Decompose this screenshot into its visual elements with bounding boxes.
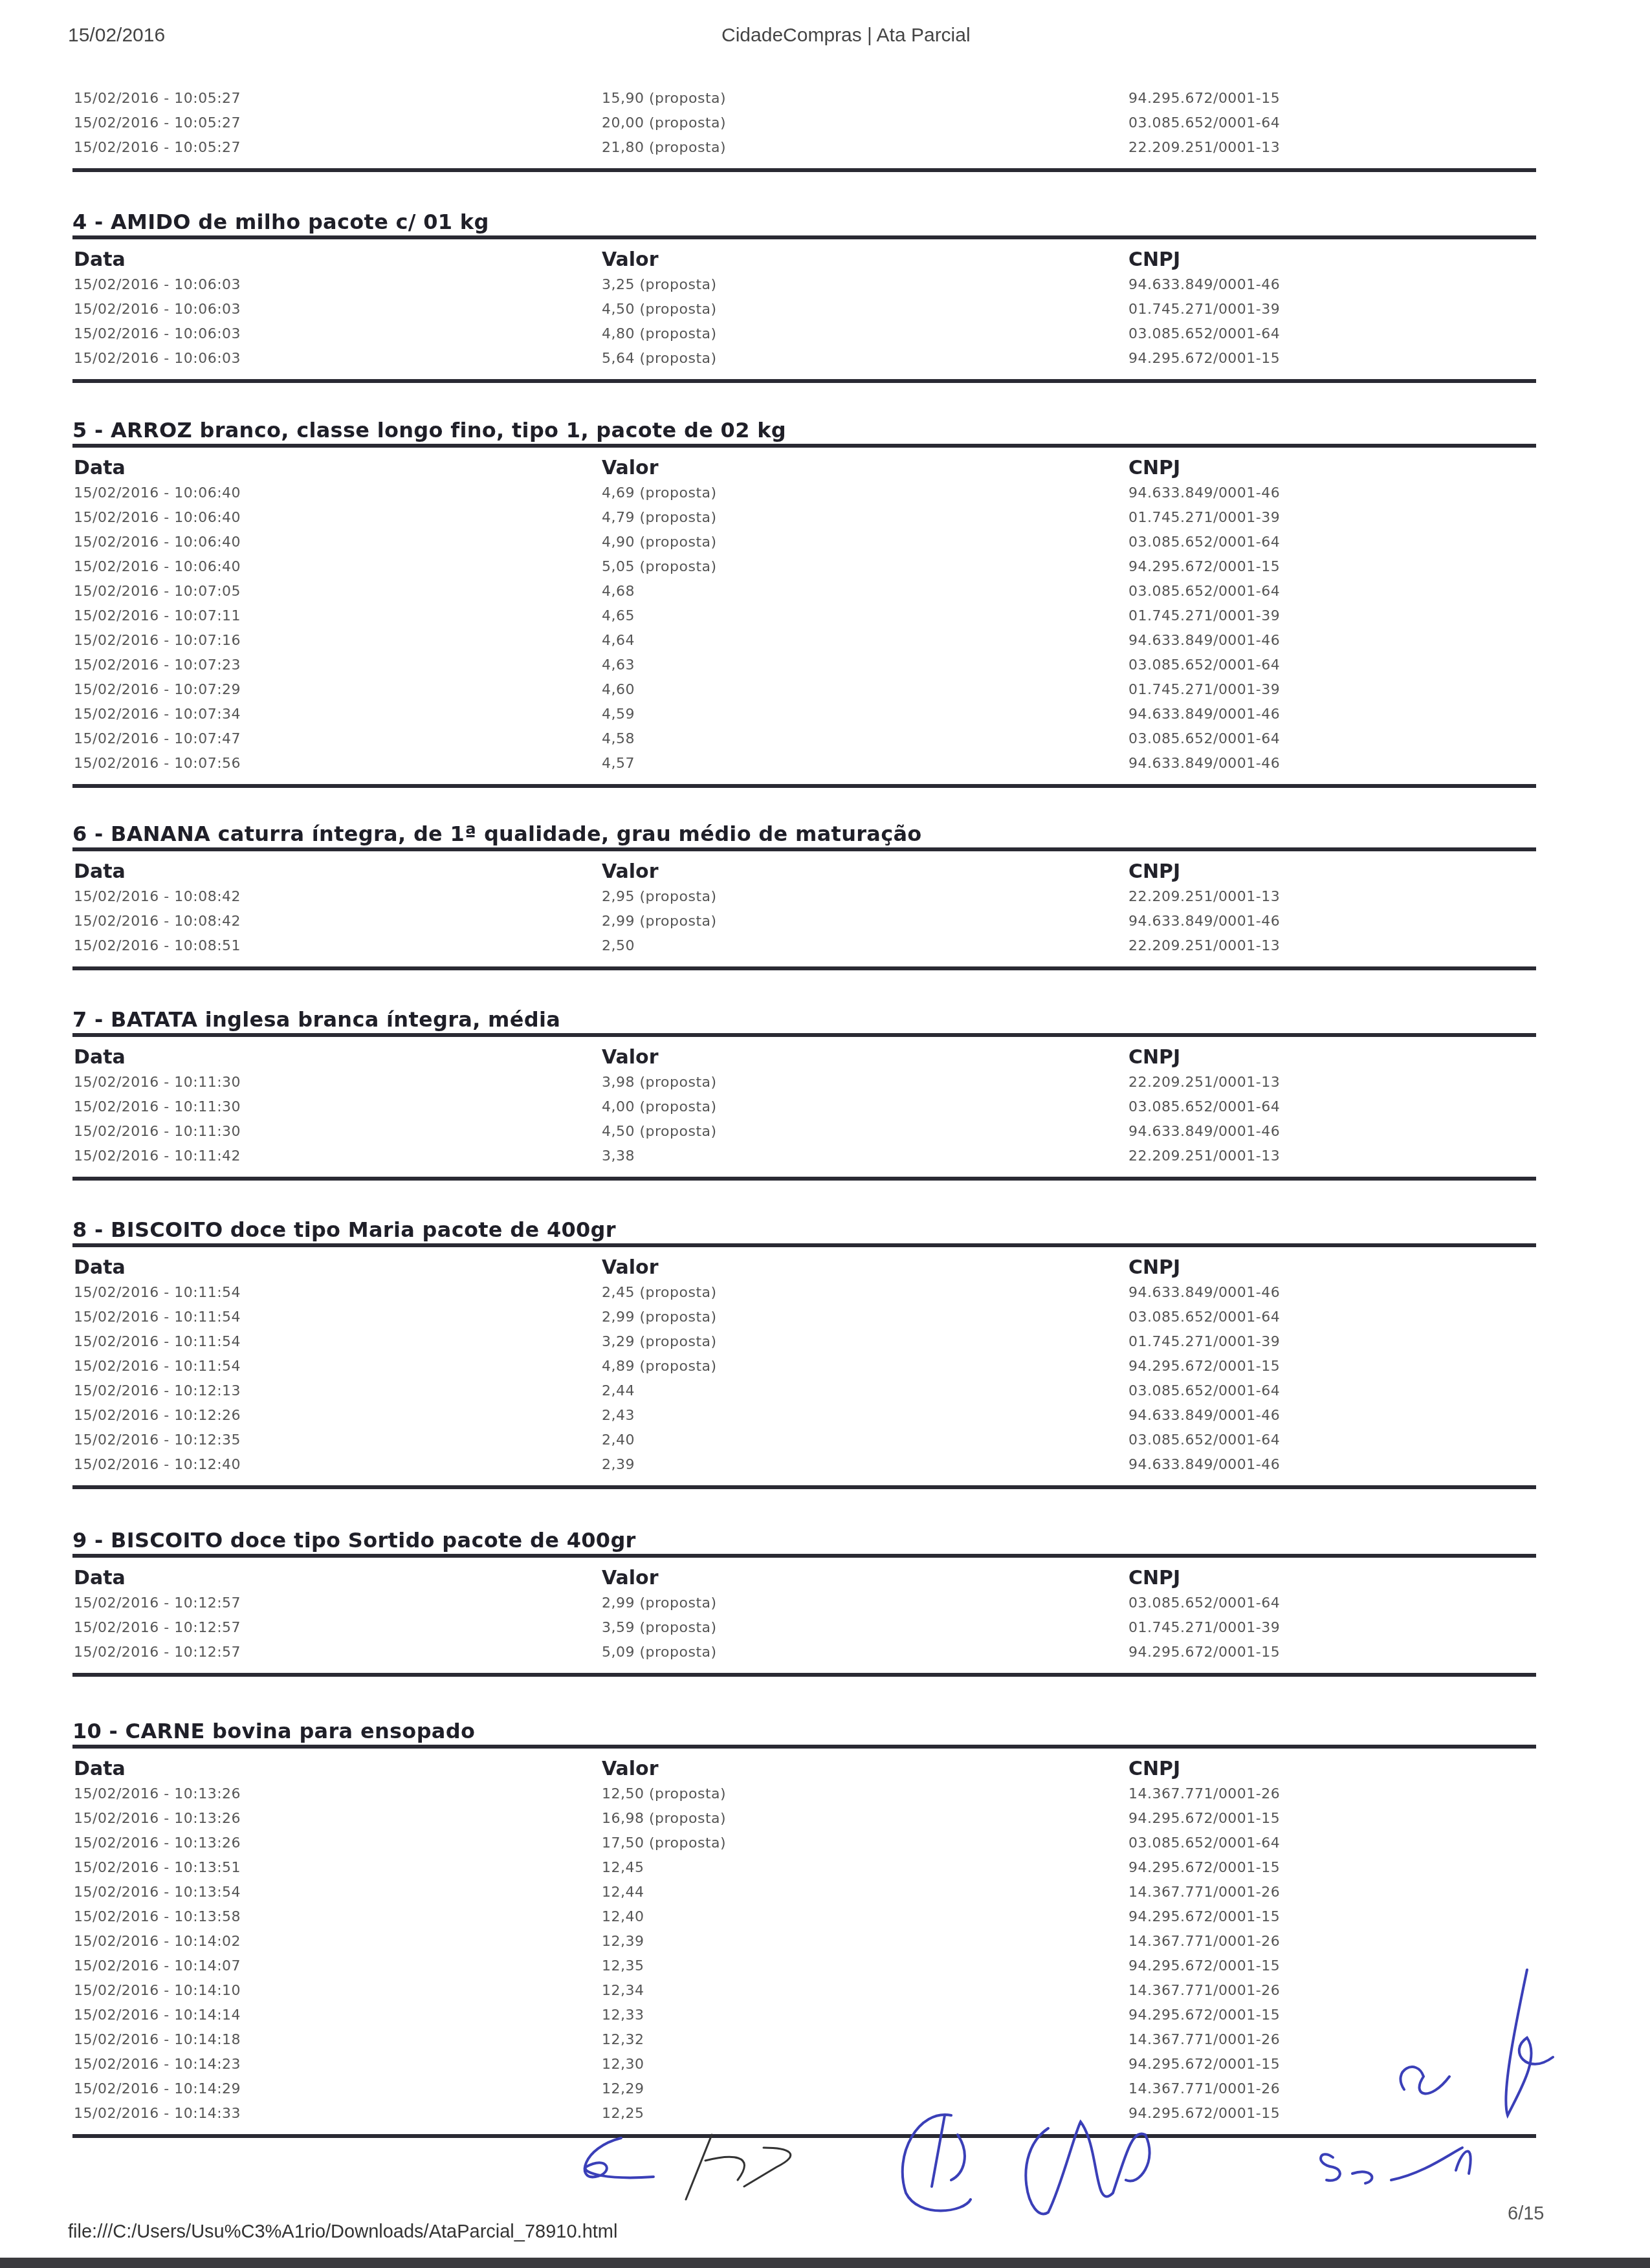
bid-value: 12,40 <box>602 1909 644 1925</box>
table-row: 15/02/2016 - 10:13:5812,4094.295.672/000… <box>72 1909 1536 1934</box>
column-header-value: Valor <box>602 1046 659 1069</box>
item-title: 7 - BATATA inglesa branca íntegra, média <box>72 1006 1536 1033</box>
bid-value: 3,25 (proposta) <box>602 277 717 293</box>
column-headers: DataValorCNPJ <box>72 1558 1536 1595</box>
column-header-value: Valor <box>602 1758 659 1780</box>
bid-date: 15/02/2016 - 10:11:54 <box>74 1285 241 1301</box>
table-row: 15/02/2016 - 10:08:422,99 (proposta)94.6… <box>72 913 1536 938</box>
bid-date: 15/02/2016 - 10:07:34 <box>74 706 241 723</box>
bid-value: 4,63 <box>602 657 635 673</box>
bid-value: 5,05 (proposta) <box>602 559 717 575</box>
column-header-value: Valor <box>602 248 659 271</box>
column-header-cnpj: CNPJ <box>1128 1567 1180 1589</box>
section-divider <box>72 168 1536 172</box>
item-section: 5 - ARROZ branco, classe longo fino, tip… <box>72 417 1536 788</box>
bid-value: 12,25 <box>602 2106 644 2122</box>
column-header-cnpj: CNPJ <box>1128 1758 1180 1780</box>
page-number: 6/15 <box>1508 2203 1544 2225</box>
table-row: 15/02/2016 - 10:12:402,3994.633.849/0001… <box>72 1457 1536 1481</box>
bid-value: 12,34 <box>602 1983 644 1999</box>
table-row: 15/02/2016 - 10:05:2721,80 (proposta)22.… <box>72 140 1536 164</box>
bid-value: 12,30 <box>602 2056 644 2073</box>
section-divider <box>72 379 1536 383</box>
bid-value: 2,99 (proposta) <box>602 913 717 930</box>
table-row: 15/02/2016 - 10:14:1812,3214.367.771/000… <box>72 2032 1536 2056</box>
bid-value: 16,98 (proposta) <box>602 1811 726 1827</box>
column-header-value: Valor <box>602 1256 659 1279</box>
signature-1 <box>585 2138 654 2177</box>
bid-value: 15,90 (proposta) <box>602 91 726 107</box>
table-row: 15/02/2016 - 10:06:035,64 (proposta)94.2… <box>72 351 1536 375</box>
bid-date: 15/02/2016 - 10:06:03 <box>74 301 241 318</box>
bid-cnpj: 94.633.849/0001-46 <box>1128 913 1280 930</box>
document-title: CidadeCompras | Ata Parcial <box>721 25 971 47</box>
bid-value: 2,39 <box>602 1457 635 1473</box>
table-row: 15/02/2016 - 10:13:5112,4594.295.672/000… <box>72 1860 1536 1884</box>
bid-value: 4,90 (proposta) <box>602 534 717 551</box>
table-row: 15/02/2016 - 10:12:262,4394.633.849/0001… <box>72 1408 1536 1432</box>
item-title: 10 - CARNE bovina para ensopado <box>72 1717 1536 1745</box>
bid-date: 15/02/2016 - 10:13:26 <box>74 1811 241 1827</box>
bid-value: 12,32 <box>602 2032 644 2048</box>
bid-date: 15/02/2016 - 10:13:51 <box>74 1860 241 1876</box>
bid-cnpj: 03.085.652/0001-64 <box>1128 583 1280 600</box>
bid-date: 15/02/2016 - 10:12:57 <box>74 1644 241 1661</box>
bid-date: 15/02/2016 - 10:07:56 <box>74 756 241 772</box>
bid-date: 15/02/2016 - 10:06:40 <box>74 485 241 501</box>
bid-cnpj: 03.085.652/0001-64 <box>1128 326 1280 342</box>
table-row: 15/02/2016 - 10:08:512,5022.209.251/0001… <box>72 938 1536 963</box>
item-section: 10 - CARNE bovina para ensopadoDataValor… <box>72 1717 1536 2138</box>
item-section: 7 - BATATA inglesa branca íntegra, média… <box>72 1006 1536 1181</box>
column-header-cnpj: CNPJ <box>1128 860 1180 883</box>
item-title: 5 - ARROZ branco, classe longo fino, tip… <box>72 417 1536 444</box>
bid-value: 2,44 <box>602 1383 635 1399</box>
bid-date: 15/02/2016 - 10:11:42 <box>74 1148 241 1164</box>
section-divider <box>72 2134 1536 2138</box>
table-row: 15/02/2016 - 10:05:2715,90 (proposta)94.… <box>72 91 1536 115</box>
bid-value: 4,80 (proposta) <box>602 326 717 342</box>
table-row: 15/02/2016 - 10:07:294,6001.745.271/0001… <box>72 682 1536 706</box>
column-header-date: Data <box>74 457 126 479</box>
bid-value: 4,64 <box>602 633 635 649</box>
bid-date: 15/02/2016 - 10:08:42 <box>74 913 241 930</box>
table-row: 15/02/2016 - 10:12:572,99 (proposta)03.0… <box>72 1595 1536 1620</box>
bid-value: 12,29 <box>602 2081 644 2097</box>
print-date: 15/02/2016 <box>68 25 165 47</box>
bid-value: 2,99 (proposta) <box>602 1595 717 1611</box>
bid-value: 4,79 (proposta) <box>602 510 717 526</box>
table-row: 15/02/2016 - 10:13:2617,50 (proposta)03.… <box>72 1835 1536 1860</box>
column-header-value: Valor <box>602 457 659 479</box>
column-headers: DataValorCNPJ <box>72 1749 1536 1786</box>
table-row: 15/02/2016 - 10:14:2912,2914.367.771/000… <box>72 2081 1536 2106</box>
bid-date: 15/02/2016 - 10:13:58 <box>74 1909 241 1925</box>
bid-value: 12,44 <box>602 1884 644 1901</box>
scan-edge <box>0 2258 1650 2268</box>
bid-date: 15/02/2016 - 10:13:26 <box>74 1786 241 1802</box>
table-row: 15/02/2016 - 10:11:543,29 (proposta)01.7… <box>72 1334 1536 1358</box>
bid-value: 12,50 (proposta) <box>602 1786 726 1802</box>
column-header-value: Valor <box>602 860 659 883</box>
bid-cnpj: 94.295.672/0001-15 <box>1128 1811 1280 1827</box>
bid-value: 2,43 <box>602 1408 635 1424</box>
bid-value: 4,60 <box>602 682 635 698</box>
item-section: 6 - BANANA caturra íntegra, de 1ª qualid… <box>72 820 1536 970</box>
bid-date: 15/02/2016 - 10:06:03 <box>74 277 241 293</box>
table-row: 15/02/2016 - 10:11:423,3822.209.251/0001… <box>72 1148 1536 1173</box>
table-row: 15/02/2016 - 10:06:404,69 (proposta)94.6… <box>72 485 1536 510</box>
bid-cnpj: 94.633.849/0001-46 <box>1128 633 1280 649</box>
item-title: 6 - BANANA caturra íntegra, de 1ª qualid… <box>72 820 1536 847</box>
column-headers: DataValorCNPJ <box>72 239 1536 277</box>
table-row: 15/02/2016 - 10:07:164,6494.633.849/0001… <box>72 633 1536 657</box>
table-row: 15/02/2016 - 10:06:404,90 (proposta)03.0… <box>72 534 1536 559</box>
table-row: 15/02/2016 - 10:11:542,99 (proposta)03.0… <box>72 1309 1536 1334</box>
bid-date: 15/02/2016 - 10:05:27 <box>74 115 241 131</box>
bid-date: 15/02/2016 - 10:06:40 <box>74 534 241 551</box>
bid-cnpj: 03.085.652/0001-64 <box>1128 1432 1280 1448</box>
column-headers: DataValorCNPJ <box>72 448 1536 485</box>
table-row: 15/02/2016 - 10:14:1012,3414.367.771/000… <box>72 1983 1536 2007</box>
column-header-cnpj: CNPJ <box>1128 1256 1180 1279</box>
bid-cnpj: 94.295.672/0001-15 <box>1128 1860 1280 1876</box>
table-row: 15/02/2016 - 10:11:303,98 (proposta)22.2… <box>72 1074 1536 1099</box>
bid-date: 15/02/2016 - 10:14:02 <box>74 1934 241 1950</box>
bid-cnpj: 03.085.652/0001-64 <box>1128 657 1280 673</box>
bid-date: 15/02/2016 - 10:12:13 <box>74 1383 241 1399</box>
footer-url: file:///C:/Users/Usu%C3%A1rio/Downloads/… <box>68 2221 617 2243</box>
bid-cnpj: 94.295.672/0001-15 <box>1128 351 1280 367</box>
bid-date: 15/02/2016 - 10:14:10 <box>74 1983 241 1999</box>
column-header-date: Data <box>74 1046 126 1069</box>
column-header-date: Data <box>74 1758 126 1780</box>
table-row: 15/02/2016 - 10:14:0712,3594.295.672/000… <box>72 1958 1536 1983</box>
table-row: 15/02/2016 - 10:12:352,4003.085.652/0001… <box>72 1432 1536 1457</box>
bid-cnpj: 22.209.251/0001-13 <box>1128 889 1280 905</box>
table-row: 15/02/2016 - 10:07:564,5794.633.849/0001… <box>72 756 1536 780</box>
table-row: 15/02/2016 - 10:12:575,09 (proposta)94.2… <box>72 1644 1536 1669</box>
item-section: 9 - BISCOITO doce tipo Sortido pacote de… <box>72 1527 1536 1677</box>
bid-date: 15/02/2016 - 10:06:03 <box>74 351 241 367</box>
table-row: 15/02/2016 - 10:07:474,5803.085.652/0001… <box>72 731 1536 756</box>
bid-date: 15/02/2016 - 10:12:40 <box>74 1457 241 1473</box>
bid-value: 2,40 <box>602 1432 635 1448</box>
table-row: 15/02/2016 - 10:06:404,79 (proposta)01.7… <box>72 510 1536 534</box>
bid-value: 21,80 (proposta) <box>602 140 726 156</box>
bid-cnpj: 14.367.771/0001-26 <box>1128 2081 1280 2097</box>
bid-value: 3,98 (proposta) <box>602 1074 717 1091</box>
bid-value: 12,39 <box>602 1934 644 1950</box>
bid-value: 4,57 <box>602 756 635 772</box>
bid-date: 15/02/2016 - 10:11:30 <box>74 1099 241 1115</box>
bid-date: 15/02/2016 - 10:14:33 <box>74 2106 241 2122</box>
bid-cnpj: 94.633.849/0001-46 <box>1128 1457 1280 1473</box>
bid-cnpj: 94.295.672/0001-15 <box>1128 1958 1280 1974</box>
bid-value: 2,45 (proposta) <box>602 1285 717 1301</box>
bid-date: 15/02/2016 - 10:07:47 <box>74 731 241 747</box>
bid-date: 15/02/2016 - 10:05:27 <box>74 91 241 107</box>
table-row: 15/02/2016 - 10:13:5412,4414.367.771/000… <box>72 1884 1536 1909</box>
bid-cnpj: 94.295.672/0001-15 <box>1128 2007 1280 2023</box>
bid-cnpj: 94.295.672/0001-15 <box>1128 1358 1280 1375</box>
section-divider <box>72 784 1536 788</box>
bid-cnpj: 14.367.771/0001-26 <box>1128 1983 1280 1999</box>
table-row: 15/02/2016 - 10:07:234,6303.085.652/0001… <box>72 657 1536 682</box>
table-row: 15/02/2016 - 10:06:033,25 (proposta)94.6… <box>72 277 1536 301</box>
bid-value: 5,09 (proposta) <box>602 1644 717 1661</box>
bid-date: 15/02/2016 - 10:11:54 <box>74 1358 241 1375</box>
column-header-date: Data <box>74 248 126 271</box>
bid-date: 15/02/2016 - 10:11:30 <box>74 1074 241 1091</box>
bid-cnpj: 22.209.251/0001-13 <box>1128 1148 1280 1164</box>
bid-value: 2,50 <box>602 938 635 954</box>
table-row: 15/02/2016 - 10:08:422,95 (proposta)22.2… <box>72 889 1536 913</box>
bid-cnpj: 14.367.771/0001-26 <box>1128 1786 1280 1802</box>
bid-cnpj: 94.295.672/0001-15 <box>1128 1644 1280 1661</box>
bid-cnpj: 14.367.771/0001-26 <box>1128 2032 1280 2048</box>
table-row: 15/02/2016 - 10:05:2720,00 (proposta)03.… <box>72 115 1536 140</box>
bid-cnpj: 22.209.251/0001-13 <box>1128 938 1280 954</box>
bid-cnpj: 03.085.652/0001-64 <box>1128 731 1280 747</box>
bid-date: 15/02/2016 - 10:07:29 <box>74 682 241 698</box>
bid-date: 15/02/2016 - 10:14:14 <box>74 2007 241 2023</box>
bid-date: 15/02/2016 - 10:06:40 <box>74 559 241 575</box>
bid-date: 15/02/2016 - 10:12:57 <box>74 1620 241 1636</box>
bid-cnpj: 94.295.672/0001-15 <box>1128 559 1280 575</box>
column-headers: DataValorCNPJ <box>72 1247 1536 1285</box>
column-headers: DataValorCNPJ <box>72 851 1536 889</box>
column-header-value: Valor <box>602 1567 659 1589</box>
bid-date: 15/02/2016 - 10:11:54 <box>74 1334 241 1350</box>
bid-date: 15/02/2016 - 10:07:16 <box>74 633 241 649</box>
bid-cnpj: 94.633.849/0001-46 <box>1128 1408 1280 1424</box>
bid-value: 4,65 <box>602 608 635 624</box>
table-row: 15/02/2016 - 10:13:2612,50 (proposta)14.… <box>72 1786 1536 1811</box>
bid-date: 15/02/2016 - 10:06:40 <box>74 510 241 526</box>
item-title: 4 - AMIDO de milho pacote c/ 01 kg <box>72 208 1536 235</box>
table-row: 15/02/2016 - 10:12:132,4403.085.652/0001… <box>72 1383 1536 1408</box>
bid-date: 15/02/2016 - 10:13:26 <box>74 1835 241 1851</box>
bid-value: 3,59 (proposta) <box>602 1620 717 1636</box>
bid-value: 2,95 (proposta) <box>602 889 717 905</box>
bid-cnpj: 94.295.672/0001-15 <box>1128 1909 1280 1925</box>
bid-date: 15/02/2016 - 10:07:05 <box>74 583 241 600</box>
bid-value: 2,99 (proposta) <box>602 1309 717 1325</box>
bid-cnpj: 01.745.271/0001-39 <box>1128 301 1280 318</box>
bid-cnpj: 14.367.771/0001-26 <box>1128 1934 1280 1950</box>
bid-date: 15/02/2016 - 10:08:51 <box>74 938 241 954</box>
table-row: 15/02/2016 - 10:06:034,80 (proposta)03.0… <box>72 326 1536 351</box>
table-row: 15/02/2016 - 10:11:544,89 (proposta)94.2… <box>72 1358 1536 1383</box>
bid-cnpj: 01.745.271/0001-39 <box>1128 682 1280 698</box>
bid-date: 15/02/2016 - 10:11:54 <box>74 1309 241 1325</box>
table-row: 15/02/2016 - 10:07:114,6501.745.271/0001… <box>72 608 1536 633</box>
bid-cnpj: 94.295.672/0001-15 <box>1128 2106 1280 2122</box>
column-header-date: Data <box>74 1256 126 1279</box>
bid-cnpj: 03.085.652/0001-64 <box>1128 534 1280 551</box>
bid-cnpj: 94.633.849/0001-46 <box>1128 756 1280 772</box>
bid-cnpj: 01.745.271/0001-39 <box>1128 1620 1280 1636</box>
bid-date: 15/02/2016 - 10:14:18 <box>74 2032 241 2048</box>
table-row: 15/02/2016 - 10:14:2312,3094.295.672/000… <box>72 2056 1536 2081</box>
column-header-cnpj: CNPJ <box>1128 457 1180 479</box>
bid-value: 4,59 <box>602 706 635 723</box>
bid-date: 15/02/2016 - 10:14:07 <box>74 1958 241 1974</box>
signature-5 <box>1321 2148 1471 2183</box>
bid-value: 12,33 <box>602 2007 644 2023</box>
bid-value: 4,68 <box>602 583 635 600</box>
bid-cnpj: 01.745.271/0001-39 <box>1128 510 1280 526</box>
bid-cnpj: 03.085.652/0001-64 <box>1128 1835 1280 1851</box>
bid-cnpj: 94.633.849/0001-46 <box>1128 706 1280 723</box>
bid-cnpj: 94.633.849/0001-46 <box>1128 277 1280 293</box>
bid-value: 12,35 <box>602 1958 644 1974</box>
bid-cnpj: 94.295.672/0001-15 <box>1128 2056 1280 2073</box>
item-section: 8 - BISCOITO doce tipo Maria pacote de 4… <box>72 1216 1536 1489</box>
section-divider <box>72 1673 1536 1677</box>
bid-value: 4,69 (proposta) <box>602 485 717 501</box>
print-header: 15/02/2016 CidadeCompras | Ata Parcial <box>0 25 1650 50</box>
bid-date: 15/02/2016 - 10:07:11 <box>74 608 241 624</box>
bid-value: 4,89 (proposta) <box>602 1358 717 1375</box>
item-section: 4 - AMIDO de milho pacote c/ 01 kgDataVa… <box>72 208 1536 383</box>
column-header-date: Data <box>74 1567 126 1589</box>
item-title: 8 - BISCOITO doce tipo Maria pacote de 4… <box>72 1216 1536 1243</box>
bid-value: 3,38 <box>602 1148 635 1164</box>
column-header-date: Data <box>74 860 126 883</box>
carryover-table: 15/02/2016 - 10:05:2715,90 (proposta)94.… <box>72 91 1536 172</box>
bid-cnpj: 03.085.652/0001-64 <box>1128 1099 1280 1115</box>
bid-cnpj: 03.085.652/0001-64 <box>1128 115 1280 131</box>
bid-value: 4,58 <box>602 731 635 747</box>
table-row: 15/02/2016 - 10:11:304,00 (proposta)03.0… <box>72 1099 1536 1124</box>
table-row: 15/02/2016 - 10:11:304,50 (proposta)94.6… <box>72 1124 1536 1148</box>
table-row: 15/02/2016 - 10:07:344,5994.633.849/0001… <box>72 706 1536 731</box>
bid-date: 15/02/2016 - 10:14:23 <box>74 2056 241 2073</box>
bid-value: 4,50 (proposta) <box>602 301 717 318</box>
bid-date: 15/02/2016 - 10:14:29 <box>74 2081 241 2097</box>
bid-date: 15/02/2016 - 10:12:57 <box>74 1595 241 1611</box>
bid-cnpj: 94.633.849/0001-46 <box>1128 485 1280 501</box>
table-row: 15/02/2016 - 10:13:2616,98 (proposta)94.… <box>72 1811 1536 1835</box>
bid-cnpj: 01.745.271/0001-39 <box>1128 608 1280 624</box>
bid-cnpj: 14.367.771/0001-26 <box>1128 1884 1280 1901</box>
column-header-cnpj: CNPJ <box>1128 248 1180 271</box>
bid-date: 15/02/2016 - 10:07:23 <box>74 657 241 673</box>
section-divider <box>72 1177 1536 1181</box>
table-row: 15/02/2016 - 10:11:542,45 (proposta)94.6… <box>72 1285 1536 1309</box>
bid-date: 15/02/2016 - 10:05:27 <box>74 140 241 156</box>
column-headers: DataValorCNPJ <box>72 1037 1536 1074</box>
bid-cnpj: 03.085.652/0001-64 <box>1128 1309 1280 1325</box>
section-divider <box>72 966 1536 970</box>
table-row: 15/02/2016 - 10:12:573,59 (proposta)01.7… <box>72 1620 1536 1644</box>
table-row: 15/02/2016 - 10:14:3312,2594.295.672/000… <box>72 2106 1536 2130</box>
bid-value: 20,00 (proposta) <box>602 115 726 131</box>
bid-cnpj: 94.633.849/0001-46 <box>1128 1124 1280 1140</box>
bid-date: 15/02/2016 - 10:13:54 <box>74 1884 241 1901</box>
bid-value: 12,45 <box>602 1860 644 1876</box>
bid-date: 15/02/2016 - 10:12:26 <box>74 1408 241 1424</box>
bid-value: 5,64 (proposta) <box>602 351 717 367</box>
table-row: 15/02/2016 - 10:07:054,6803.085.652/0001… <box>72 583 1536 608</box>
bid-date: 15/02/2016 - 10:06:03 <box>74 326 241 342</box>
table-row: 15/02/2016 - 10:14:1412,3394.295.672/000… <box>72 2007 1536 2032</box>
bid-cnpj: 94.633.849/0001-46 <box>1128 1285 1280 1301</box>
bid-value: 3,29 (proposta) <box>602 1334 717 1350</box>
bid-date: 15/02/2016 - 10:08:42 <box>74 889 241 905</box>
table-row: 15/02/2016 - 10:06:034,50 (proposta)01.7… <box>72 301 1536 326</box>
bid-cnpj: 22.209.251/0001-13 <box>1128 140 1280 156</box>
signature-2 <box>686 2135 791 2199</box>
column-header-cnpj: CNPJ <box>1128 1046 1180 1069</box>
bid-cnpj: 22.209.251/0001-13 <box>1128 1074 1280 1091</box>
bid-value: 4,00 (proposta) <box>602 1099 717 1115</box>
bid-cnpj: 01.745.271/0001-39 <box>1128 1334 1280 1350</box>
table-row: 15/02/2016 - 10:14:0212,3914.367.771/000… <box>72 1934 1536 1958</box>
bid-cnpj: 94.295.672/0001-15 <box>1128 91 1280 107</box>
table-row: 15/02/2016 - 10:06:405,05 (proposta)94.2… <box>72 559 1536 583</box>
bid-cnpj: 03.085.652/0001-64 <box>1128 1383 1280 1399</box>
bid-cnpj: 03.085.652/0001-64 <box>1128 1595 1280 1611</box>
item-title: 9 - BISCOITO doce tipo Sortido pacote de… <box>72 1527 1536 1554</box>
bid-value: 17,50 (proposta) <box>602 1835 726 1851</box>
section-divider <box>72 1485 1536 1489</box>
bid-date: 15/02/2016 - 10:11:30 <box>74 1124 241 1140</box>
bid-date: 15/02/2016 - 10:12:35 <box>74 1432 241 1448</box>
bid-value: 4,50 (proposta) <box>602 1124 717 1140</box>
